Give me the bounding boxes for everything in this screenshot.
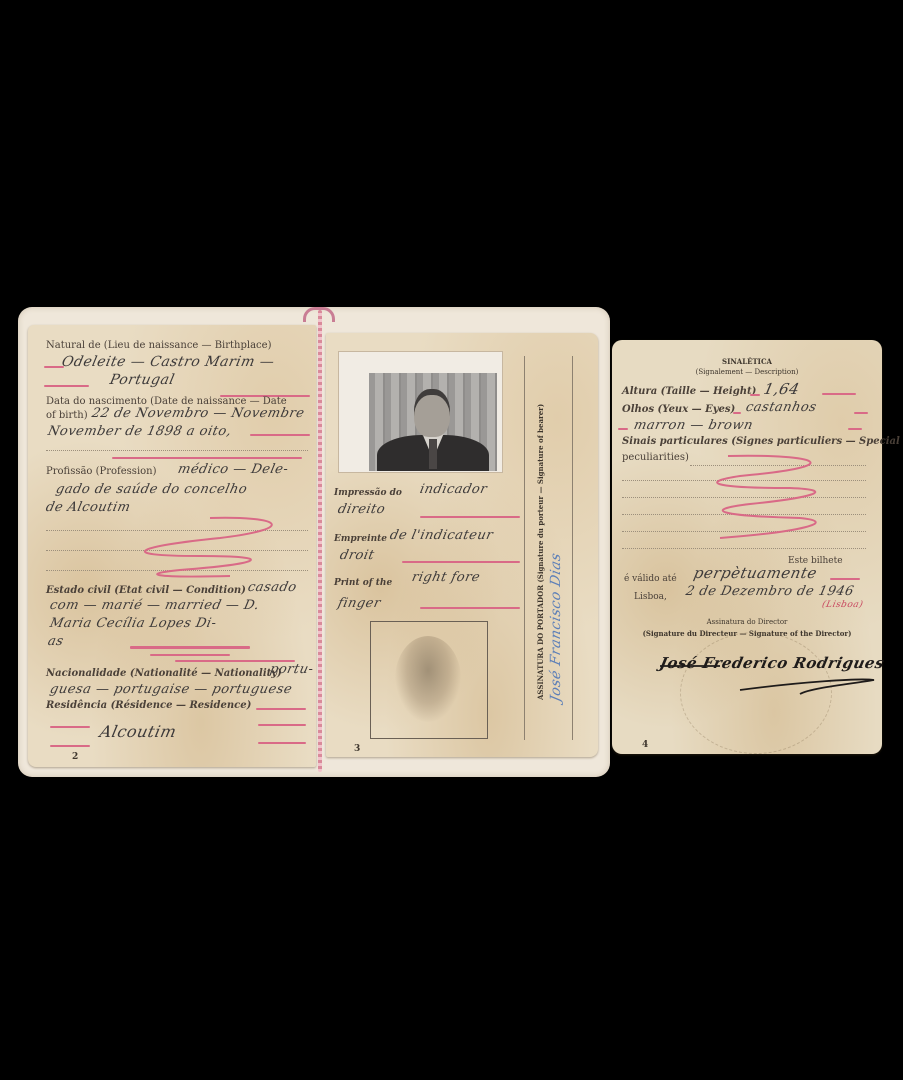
cancel-scribble <box>100 510 300 580</box>
fingerprint-label-en: Print of the <box>334 578 392 588</box>
binding-string <box>318 310 322 772</box>
height-label: Altura (Taille — Height) <box>622 386 756 397</box>
spouse-line3: as <box>46 634 65 649</box>
fingerprint-label-fr: Empreinte <box>334 534 387 544</box>
issue-place: Lisboa, <box>634 592 667 602</box>
signature-column-line-right <box>572 356 573 740</box>
fingerprint-value-en-2: finger <box>336 596 382 611</box>
bearer-signature-label: ASSINATURA DO PORTADOR (Signature du por… <box>536 404 545 700</box>
birthplace-label: Natural de (Lieu de naissance — Birthpla… <box>46 340 271 351</box>
fingerprint-value-fr: de l'indicateur <box>388 528 494 543</box>
fingerprint-label-pt: Impressão do <box>334 488 402 498</box>
nationality-value-line2: guesa — portugaise — portuguese <box>48 682 293 697</box>
fingerprint-value-en: right fore <box>410 570 481 585</box>
bearer-signature: José Francisco Dias <box>548 551 564 703</box>
civil-status-label: Estado civil (Etat civil — Condition) <box>46 585 246 596</box>
signature-flourish <box>660 660 880 700</box>
nationality-label: Nacionalidade (Nationalité — Nationality… <box>46 668 282 679</box>
bearer-photo <box>369 373 497 471</box>
residence-value: Alcoutim <box>98 722 178 741</box>
page-number-2: 2 <box>72 752 78 762</box>
marks-label-b: peculiarities) <box>622 452 689 463</box>
page-number-4: 4 <box>642 740 648 750</box>
nationality-value: portu- <box>268 662 315 677</box>
issue-date: 2 de Dezembro de 1946 <box>684 584 855 599</box>
residence-label: Residência (Résidence — Residence) <box>46 700 251 711</box>
description-title: SINALÉTICA <box>612 357 882 366</box>
height-value: 1,64 <box>762 380 801 398</box>
fingerprint-value-pt: indicador <box>418 482 488 497</box>
description-subtitle: (Signalement — Description) <box>612 368 882 376</box>
spouse-line1: com — marié — married — D. <box>48 598 260 613</box>
fingerprint-impression <box>395 636 461 722</box>
signature-column-line <box>524 356 525 740</box>
birthplace-country: Portugal <box>108 372 176 388</box>
eyes-value: castanhos <box>744 400 818 415</box>
validity-value: perpètuamente <box>692 564 819 582</box>
validity-label: é válido até <box>624 574 677 584</box>
profession-label: Profissão (Profession) <box>46 466 157 477</box>
eyes-value-line2: marron — brown <box>632 418 754 433</box>
spouse-line2: Maria Cecília Lopes Di- <box>48 616 218 631</box>
eyes-label: Olhos (Yeux — Eyes) <box>622 404 735 415</box>
issue-date-note: (Lisboa) <box>821 600 864 610</box>
birthdate-value: 22 de Novembro — Novembre <box>90 406 306 421</box>
fingerprint-value-pt-2: direito <box>336 502 386 517</box>
birthdate-label-b: of birth) <box>46 410 88 421</box>
profession-value: médico — Dele- <box>176 462 289 477</box>
page-number-3: 3 <box>354 744 360 754</box>
marks-label: Sinais particulares (Signes particuliers… <box>622 436 900 447</box>
director-signature-label: Assinatura do Director <box>612 618 882 626</box>
marks-cancel-scribble <box>700 454 840 554</box>
birthplace-value: Odeleite — Castro Marim — <box>60 354 276 370</box>
profession-value-line2: gado de saúde do concelho <box>54 482 248 497</box>
birthdate-value-line2: November de 1898 a oito, <box>46 424 233 439</box>
fingerprint-value-fr-2: droit <box>338 548 375 563</box>
civil-status-value: casado <box>246 580 298 595</box>
